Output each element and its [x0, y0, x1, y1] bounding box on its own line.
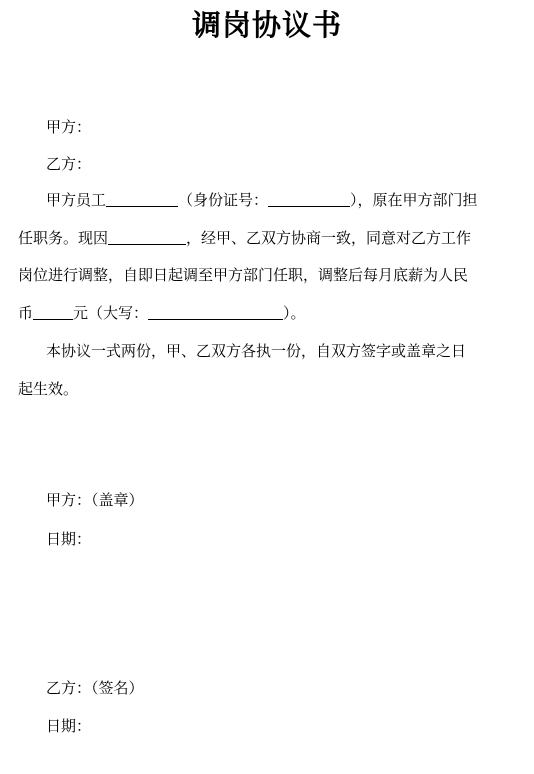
agreement-clause-2: 本协议一式两份，甲、乙双方各执一份，自双方签字或盖章之日 起生效。 [18, 333, 518, 408]
agreement-clause-1: 甲方员工（身份证号：），原在甲方部门担 任职务。现因，经甲、乙双方协商一致，同意… [18, 182, 518, 332]
clause-1-row-4: 币元（大写：）。 [18, 295, 518, 333]
clause-text: ），原在甲方部门担 [350, 191, 478, 209]
clause-1-row-2: 任职务。现因，经甲、乙双方协商一致，同意对乙方工作 [18, 220, 518, 258]
clause-text: 元（大写： [73, 304, 148, 322]
salary-amount-blank[interactable] [33, 303, 73, 320]
clause-2-row-2: 起生效。 [18, 371, 518, 409]
clause-1-row-3: 岗位进行调整，自即日起调至甲方部门任职，调整后每月底薪为人民 [18, 257, 518, 295]
clause-text: ，经甲、乙双方协商一致，同意对乙方工作 [186, 229, 471, 247]
party-b-sign-label: 乙方：（签名） [46, 678, 144, 698]
clause-1-row-1: 甲方员工（身份证号：），原在甲方部门担 [18, 182, 518, 220]
employee-name-blank[interactable] [106, 190, 178, 207]
document-title: 调岗协议书 [0, 4, 534, 46]
clause-text: （身份证号： [178, 191, 268, 209]
salary-uppercase-blank[interactable] [148, 303, 283, 320]
party-a-date-label: 日期： [46, 529, 91, 549]
clause-text: ）。 [283, 304, 306, 322]
clause-text: 甲方员工 [46, 191, 106, 209]
reason-blank[interactable] [108, 228, 186, 245]
party-a-seal-label: 甲方：（盖章） [46, 490, 144, 510]
party-b-date-label: 日期： [46, 716, 91, 736]
party-b-label: 乙方： [46, 154, 91, 174]
clause-text: 币 [18, 304, 33, 322]
party-a-label: 甲方： [46, 117, 91, 137]
id-number-blank[interactable] [268, 190, 350, 207]
clause-2-row-1: 本协议一式两份，甲、乙双方各执一份，自双方签字或盖章之日 [18, 333, 518, 371]
clause-text: 任职务。现因 [18, 229, 108, 247]
